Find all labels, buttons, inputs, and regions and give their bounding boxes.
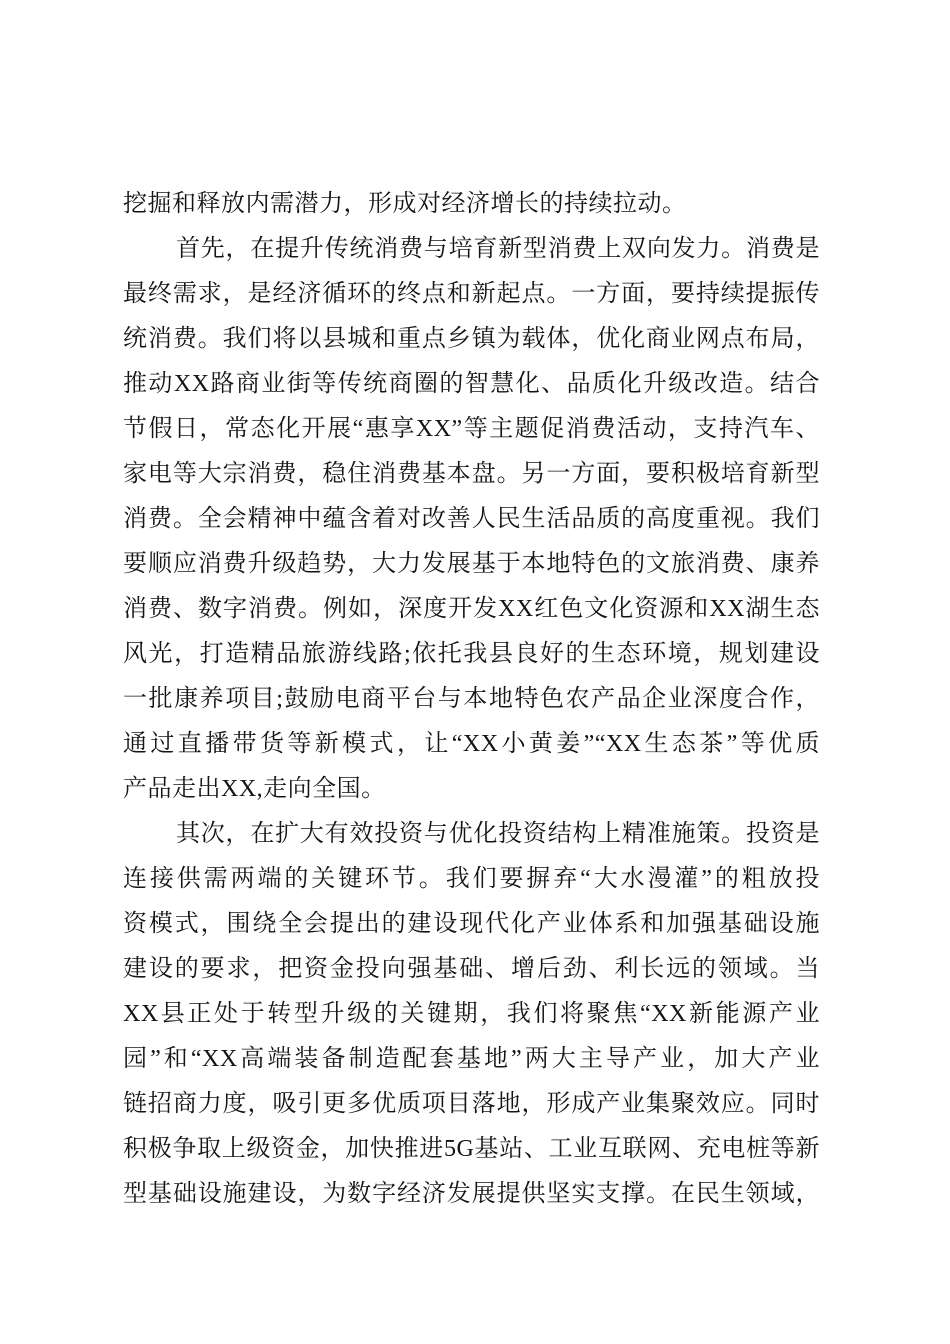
document-body: 挖掘和释放内需潜力，形成对经济增长的持续拉动。首先，在提升传统消费与培育新型消费… — [123, 182, 820, 1217]
text-line: 园”和“XX高端装备制造配套基地”两大主导产业，加大产业 — [123, 1037, 820, 1082]
text-line: 一批康养项目;鼓励电商平台与本地特色农产品企业深度合作， — [123, 677, 820, 722]
text-line: 消费、数字消费。例如，深度开发XX红色文化资源和XX湖生态 — [123, 587, 820, 632]
document-page: 挖掘和释放内需潜力，形成对经济增长的持续拉动。首先，在提升传统消费与培育新型消费… — [0, 0, 950, 1344]
text-line: 消费。全会精神中蕴含着对改善人民生活品质的高度重视。我们 — [123, 497, 820, 542]
text-line: 通过直播带货等新模式，让“XX小黄姜”“XX生态茶”等优质 — [123, 722, 820, 767]
text-line: 连接供需两端的关键环节。我们要摒弃“大水漫灌”的粗放投 — [123, 857, 820, 902]
text-line: 节假日，常态化开展“惠享XX”等主题促消费活动，支持汽车、 — [123, 407, 820, 452]
text-line: 最终需求，是经济循环的终点和新起点。一方面，要持续提振传 — [123, 272, 820, 317]
text-line: 建设的要求，把资金投向强基础、增后劲、利长远的领域。当前， — [123, 947, 820, 992]
text-line: 挖掘和释放内需潜力，形成对经济增长的持续拉动。 — [123, 182, 820, 227]
text-line: 风光，打造精品旅游线路;依托我县良好的生态环境，规划建设 — [123, 632, 820, 677]
text-line: 要顺应消费升级趋势，大力发展基于本地特色的文旅消费、康养 — [123, 542, 820, 587]
text-line: 型基础设施建设，为数字经济发展提供坚实支撑。在民生领域， — [123, 1172, 820, 1217]
text-line: 推动XX路商业街等传统商圈的智慧化、品质化升级改造。结合 — [123, 362, 820, 407]
text-line: 统消费。我们将以县城和重点乡镇为载体，优化商业网点布局， — [123, 317, 820, 362]
text-line: 链招商力度，吸引更多优质项目落地，形成产业集聚效应。同时 — [123, 1082, 820, 1127]
text-line: 其次，在扩大有效投资与优化投资结构上精准施策。投资是 — [123, 812, 820, 857]
text-line: XX县正处于转型升级的关键期，我们将聚焦“XX新能源产业 — [123, 992, 820, 1037]
text-line: 家电等大宗消费，稳住消费基本盘。另一方面，要积极培育新型 — [123, 452, 820, 497]
text-line: 产品走出XX,走向全国。 — [123, 767, 820, 812]
text-line: 资模式，围绕全会提出的建设现代化产业体系和加强基础设施 — [123, 902, 820, 947]
text-line: 积极争取上级资金，加快推进5G基站、工业互联网、充电桩等新 — [123, 1127, 820, 1172]
text-line: 首先，在提升传统消费与培育新型消费上双向发力。消费是 — [123, 227, 820, 272]
